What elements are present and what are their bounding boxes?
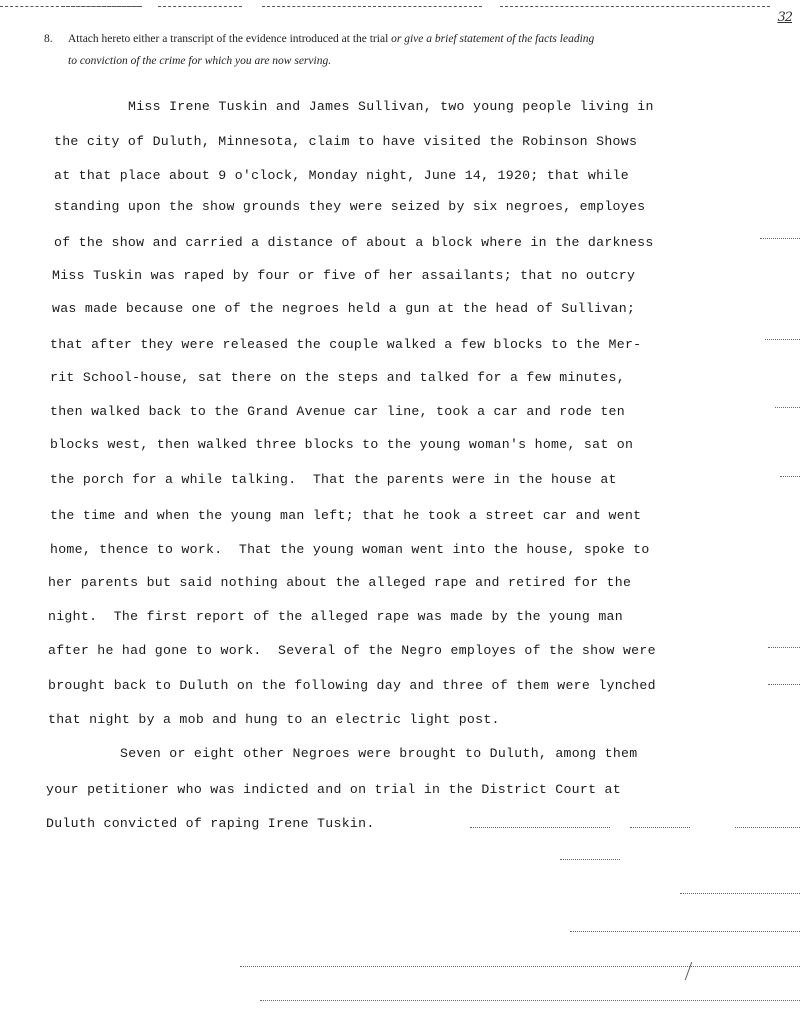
scan-artifact xyxy=(765,339,800,341)
scan-artifact xyxy=(775,407,800,409)
statement-line: standing upon the show grounds they were… xyxy=(54,197,645,217)
statement-line: then walked back to the Grand Avenue car… xyxy=(50,402,625,422)
scan-artifact xyxy=(768,684,800,686)
statement-line: that after they were released the couple… xyxy=(50,335,641,355)
top-rule xyxy=(158,6,242,8)
statement-line: Miss Irene Tuskin and James Sullivan, tw… xyxy=(128,97,654,117)
instruction-text-italic: or give a brief statement of the facts l… xyxy=(388,33,594,45)
instruction-line-1: 8.Attach hereto either a transcript of t… xyxy=(44,28,764,50)
statement-line: the porch for a while talking. That the … xyxy=(50,470,617,490)
statement-line: home, thence to work. That the young wom… xyxy=(50,540,650,560)
top-rule xyxy=(262,6,482,8)
document-page: 32 8.Attach hereto either a transcript o… xyxy=(0,0,800,1015)
scan-artifact xyxy=(780,476,800,478)
instruction-text: Attach hereto either a transcript of the… xyxy=(68,33,388,45)
scan-artifact xyxy=(570,931,800,933)
page-number-mark: 32 xyxy=(777,10,792,25)
statement-line: at that place about 9 o'clock, Monday ni… xyxy=(54,166,629,186)
statement-line: Miss Tuskin was raped by four or five of… xyxy=(52,266,635,286)
statement-line: brought back to Duluth on the following … xyxy=(48,676,656,696)
top-rule xyxy=(62,6,142,8)
top-rule xyxy=(500,6,770,8)
scan-artifact xyxy=(470,827,610,829)
statement-line: night. The first report of the alleged r… xyxy=(48,607,623,627)
statement-line: Duluth convicted of raping Irene Tuskin. xyxy=(46,814,375,834)
scan-artifact xyxy=(260,1000,800,1002)
statement-line: blocks west, then walked three blocks to… xyxy=(50,435,633,455)
statement-line: of the show and carried a distance of ab… xyxy=(54,233,654,253)
statement-line: the time and when the young man left; th… xyxy=(50,506,641,526)
form-instruction: 8.Attach hereto either a transcript of t… xyxy=(44,28,764,72)
scan-artifact xyxy=(630,827,690,829)
statement-line: Seven or eight other Negroes were brough… xyxy=(120,744,637,764)
instruction-number: 8. xyxy=(44,28,68,50)
statement-line: that night by a mob and hung to an elect… xyxy=(48,710,500,730)
scan-artifact xyxy=(735,827,800,829)
scan-artifact xyxy=(680,893,800,895)
instruction-line-2: to conviction of the crime for which you… xyxy=(44,50,764,72)
scan-artifact xyxy=(760,238,800,240)
statement-line: rit School-house, sat there on the steps… xyxy=(50,368,625,388)
scan-artifact xyxy=(560,859,620,861)
statement-line: her parents but said nothing about the a… xyxy=(48,573,631,593)
pen-mark xyxy=(685,962,703,980)
statement-line: was made because one of the negroes held… xyxy=(52,299,635,319)
statement-line: the city of Duluth, Minnesota, claim to … xyxy=(54,132,637,152)
scan-artifact xyxy=(768,647,800,649)
statement-line: after he had gone to work. Several of th… xyxy=(48,641,656,661)
statement-line: your petitioner who was indicted and on … xyxy=(46,780,621,800)
scan-artifact xyxy=(240,966,800,968)
